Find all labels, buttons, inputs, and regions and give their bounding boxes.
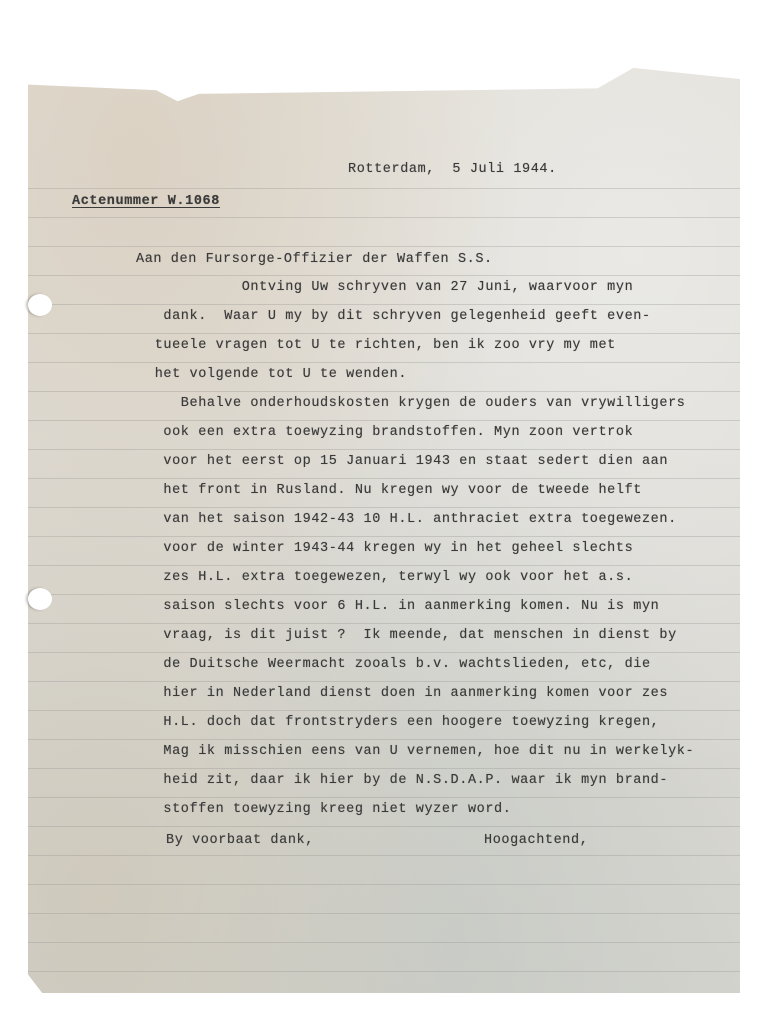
punch-hole-icon: [28, 294, 52, 316]
closing-thanks: By voorbaat dank,: [166, 833, 314, 848]
body-line: saison slechts voor 6 H.L. in aanmerking…: [146, 599, 659, 614]
body-line: voor het eerst op 15 Januari 1943 en sta…: [146, 454, 668, 469]
letter-sheet: Rotterdam, 5 Juli 1944. Actenummer W.106…: [28, 68, 740, 993]
punch-hole-icon: [28, 588, 52, 610]
body-line: voor de winter 1943-44 kregen wy in het …: [146, 541, 633, 556]
body-line: vraag, is dit juist ? Ik meende, dat men…: [146, 628, 677, 643]
place-date: Rotterdam, 5 Juli 1944.: [348, 162, 557, 177]
body-line: Mag ik misschien eens van U vernemen, ho…: [146, 744, 694, 759]
body-line: tueele vragen tot U te richten, ben ik z…: [146, 338, 616, 353]
body-line: de Duitsche Weermacht zooals b.v. wachts…: [146, 657, 651, 672]
acte-nummer: Actenummer W.1068: [72, 194, 220, 209]
body-line: ook een extra toewyzing brandstoffen. My…: [146, 425, 633, 440]
photo-stage: Rotterdam, 5 Juli 1944. Actenummer W.106…: [0, 0, 768, 1024]
body-line: H.L. doch dat frontstryders een hoogere …: [146, 715, 659, 730]
body-line: het volgende tot U te wenden.: [146, 367, 407, 382]
body-line: stoffen toewyzing kreeg niet wyzer word.: [146, 802, 511, 817]
body-line: Ontving Uw schryven van 27 Juni, waarvoo…: [146, 280, 633, 295]
body-line: zes H.L. extra toegewezen, terwyl wy ook…: [146, 570, 633, 585]
body-line: het front in Rusland. Nu kregen wy voor …: [146, 483, 642, 498]
body-line: van het saison 1942-43 10 H.L. anthracie…: [146, 512, 677, 527]
closing-regards: Hoogachtend,: [484, 833, 588, 848]
body-line: hier in Nederland dienst doen in aanmerk…: [146, 686, 668, 701]
body-line: dank. Waar U my by dit schryven gelegenh…: [146, 309, 651, 324]
salutation: Aan den Fursorge-Offizier der Waffen S.S…: [136, 252, 493, 267]
body-line: Behalve onderhoudskosten krygen de ouder…: [146, 396, 685, 411]
body-line: heid zit, daar ik hier by de N.S.D.A.P. …: [146, 773, 668, 788]
